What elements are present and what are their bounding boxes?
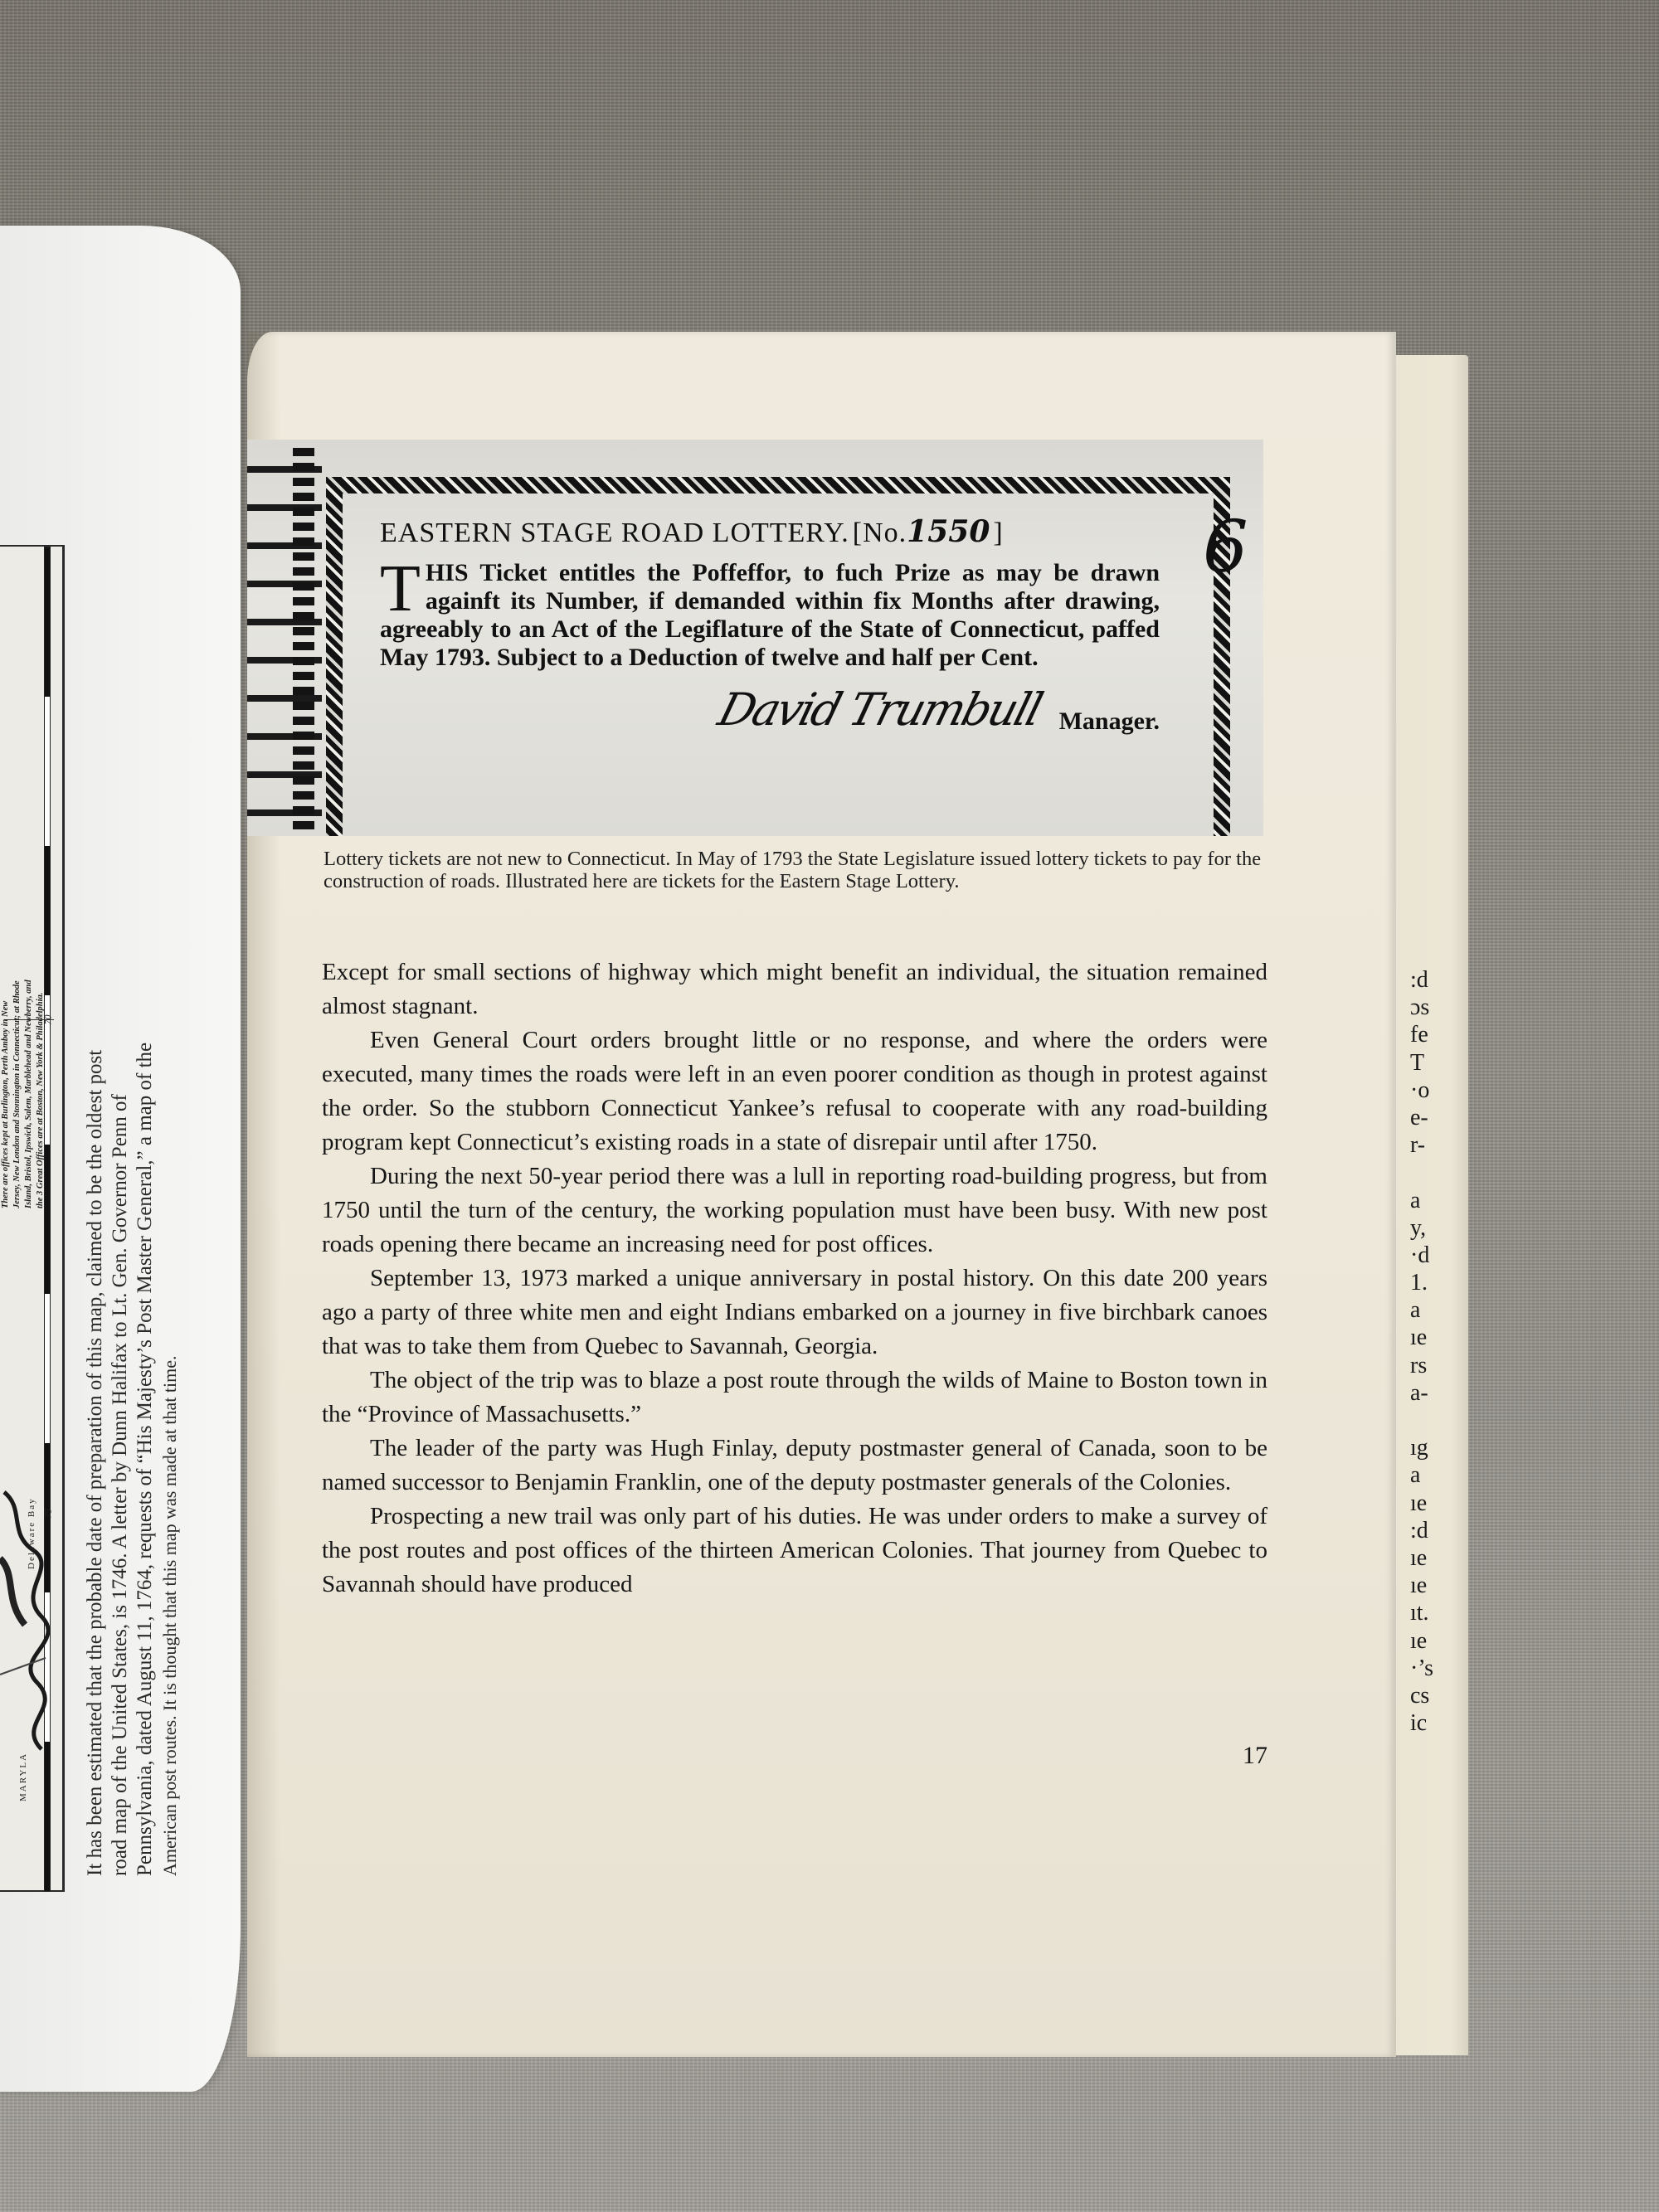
fragment: e- <box>1410 1104 1452 1131</box>
fragment: ·’s <box>1410 1655 1452 1682</box>
fragment: ıe <box>1410 1324 1452 1351</box>
map-caption: It has been estimated that the probable … <box>83 740 182 1876</box>
map-coastline-icon <box>0 1459 50 1757</box>
fragment: :d <box>1410 966 1452 994</box>
lottery-ticket-image: EASTERN STAGE ROAD LOTTERY. [No.1550 ] T… <box>247 440 1263 836</box>
next-page-text-fragments: :d ɔs fe T ·o e- r- a y, ·d 1. a ıe rs a… <box>1410 966 1452 1737</box>
manager-label: Manager. <box>1059 707 1160 736</box>
fragment: ic <box>1410 1709 1452 1737</box>
caption-line: road map of the United States, is 1746. … <box>108 740 133 1876</box>
paragraph: The object of the trip was to blaze a po… <box>322 1364 1267 1432</box>
fragment: cs <box>1410 1682 1452 1709</box>
fragment: r- <box>1410 1131 1452 1159</box>
ticket-body-text: HIS Ticket entitles the Poffeffor, to fu… <box>380 559 1160 671</box>
caption-line: American post routes. It is thought that… <box>158 740 182 1876</box>
fragment: ·o <box>1410 1077 1452 1104</box>
fragment: ɔs <box>1410 994 1452 1021</box>
caption-line: Pennsylvania, dated August 11, 1764, req… <box>133 740 158 1876</box>
body-text: Except for small sections of highway whi… <box>322 955 1267 1602</box>
map-note-line: Jersey, New London and Stonnington in Co… <box>12 777 23 1208</box>
ticket-heading: EASTERN STAGE ROAD LOTTERY. [No.1550 ] <box>380 514 1160 549</box>
fragment: ·d <box>1410 1242 1452 1269</box>
paragraph: The leader of the party was Hugh Finlay,… <box>322 1432 1267 1500</box>
ticket-content: EASTERN STAGE ROAD LOTTERY. [No.1550 ] T… <box>380 514 1160 736</box>
map-legend-note: There are offices kept at Burlington, Pe… <box>0 777 46 1208</box>
fragment: a <box>1410 1461 1452 1489</box>
fragment: a- <box>1410 1379 1452 1407</box>
fragment: rs <box>1410 1352 1452 1379</box>
paragraph: Except for small sections of highway whi… <box>322 955 1267 1023</box>
map-place-label: MARYLA <box>18 1753 28 1801</box>
manager-signature: David Trumbull <box>713 683 1046 736</box>
fragment: ıg <box>1410 1434 1452 1461</box>
paragraph: During the next 50-year period there was… <box>322 1159 1267 1262</box>
ticket-dropcap: T <box>380 562 421 615</box>
fragment: ıe <box>1410 1572 1452 1599</box>
fragment <box>1410 1159 1452 1186</box>
fragment: a <box>1410 1187 1452 1214</box>
fragment: ıt. <box>1410 1599 1452 1626</box>
map-note-line: the 3 Great Offices are at Boston, New Y… <box>35 777 46 1208</box>
fragment: ıe <box>1410 1490 1452 1517</box>
fragment: 1. <box>1410 1269 1452 1296</box>
fragment: T <box>1410 1049 1452 1077</box>
paragraph: Even General Court orders brought little… <box>322 1023 1267 1159</box>
fragment: :d <box>1410 1517 1452 1544</box>
map-note-line: There are offices kept at Burlington, Pe… <box>0 777 12 1208</box>
right-page: EASTERN STAGE ROAD LOTTERY. [No.1550 ] T… <box>247 332 1396 2057</box>
map-degree-label: 75 <box>42 1509 55 1519</box>
fragment: ıe <box>1410 1627 1452 1655</box>
ticket-number: 1550 <box>907 514 990 549</box>
fragment <box>1410 1407 1452 1434</box>
figure-caption: Lottery tickets are not new to Connectic… <box>324 848 1262 892</box>
fragment: y, <box>1410 1214 1452 1242</box>
fragment: ıe <box>1410 1544 1452 1572</box>
left-page: There are offices kept at Burlington, Pe… <box>0 226 241 2092</box>
map-fragment <box>0 545 65 1892</box>
paragraph: September 13, 1973 marked a unique anniv… <box>322 1262 1267 1364</box>
fragment: a <box>1410 1296 1452 1324</box>
map-degree-label: 70 <box>42 1015 55 1025</box>
ticket-margin-mark: 6 <box>1203 506 1248 589</box>
ticket-number-prefix: [No. <box>853 518 907 548</box>
ticket-title: EASTERN STAGE ROAD LOTTERY. <box>380 518 849 548</box>
ticket-body: T HIS Ticket entitles the Poffeffor, to … <box>380 559 1160 672</box>
paragraph: Prospecting a new trail was only part of… <box>322 1500 1267 1602</box>
ticket-signature-row: David Trumbull Manager. <box>380 683 1160 736</box>
caption-line: It has been estimated that the probable … <box>83 740 108 1876</box>
ticket-number-suffix: ] <box>993 518 1003 548</box>
map-note-line: Island, Bristol, Ipswich, Salem, Marbleh… <box>23 777 35 1208</box>
page-number: 17 <box>1168 1742 1267 1770</box>
fragment: fe <box>1410 1021 1452 1048</box>
ticket-stubs <box>247 448 322 829</box>
map-place-label: Delaware Bay <box>27 1497 36 1569</box>
